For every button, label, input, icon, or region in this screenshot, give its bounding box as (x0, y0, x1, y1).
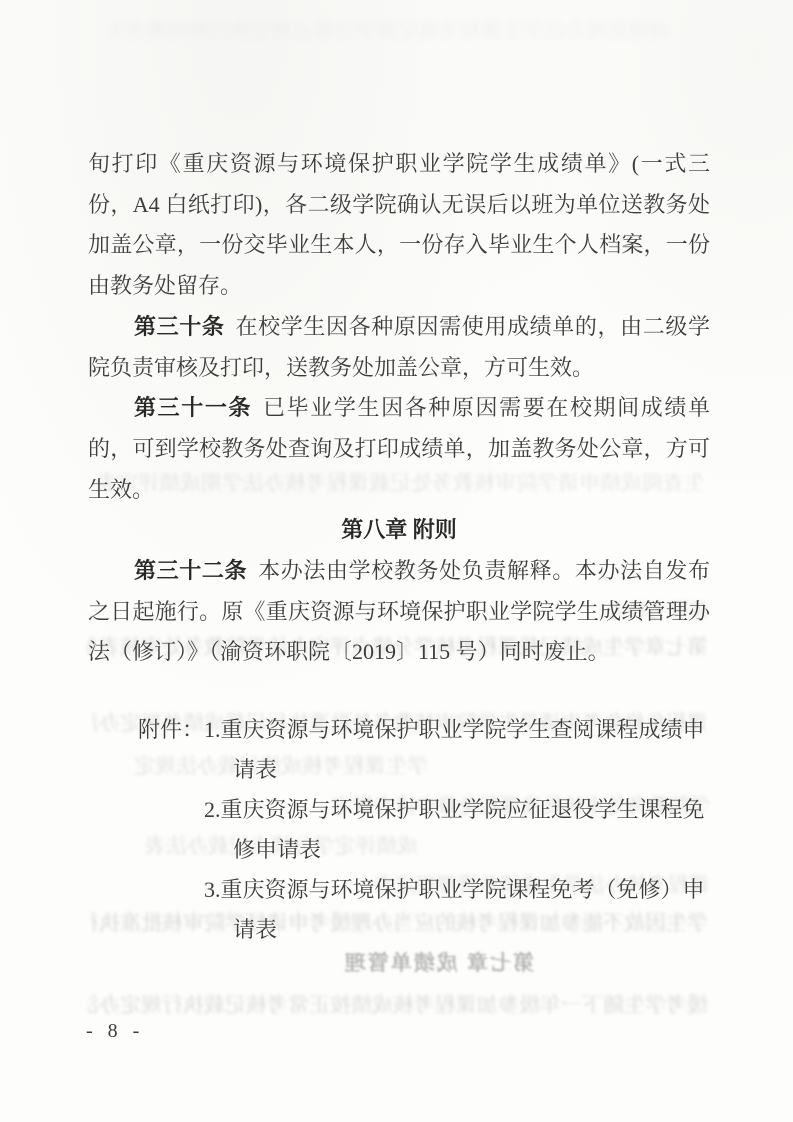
attachment-item-1: 1.重庆资源与环境保护职业学院学生查阅课程成绩申请表 (204, 710, 710, 790)
attachments-label: 附件： (138, 710, 204, 750)
scanned-document-page: 成绩管理办法学生课程考核记载学分绩点规定执行细则教务处通知单 生查阅成绩申请学院… (0, 0, 793, 1122)
continued-paragraph: 旬打印《重庆资源与环境保护职业学院学生成绩单》(一式三份，A4 白纸打印)，各二… (88, 144, 710, 307)
article-30-paragraph: 第三十条在校学生因各种原因需使用成绩单的，由二级学院负责审核及打印，送教务处加盖… (88, 307, 710, 388)
article-30-label: 第三十条 (134, 314, 225, 339)
attachments-list: 1.重庆资源与环境保护职业学院学生查阅课程成绩申请表 2.重庆资源与环境保护职业… (204, 710, 710, 950)
attachment-item-2: 2.重庆资源与环境保护职业学院应征退役学生课程免修申请表 (204, 790, 710, 870)
attachments-block: 附件： 1.重庆资源与环境保护职业学院学生查阅课程成绩申请表 2.重庆资源与环境… (138, 710, 710, 950)
article-31-paragraph: 第三十一条已毕业学生因各种原因需要在校期间成绩单的，可到学校教务处查询及打印成绩… (88, 388, 710, 510)
attachment-item-3: 3.重庆资源与环境保护职业学院课程免考（免修）申请表 (204, 870, 710, 950)
bleedthrough-ghost-line: 缓考学生随下一年级参加课程考核成绩按正常考核记载执行规定办法 (88, 992, 708, 1020)
document-body: 旬打印《重庆资源与环境保护职业学院学生成绩单》(一式三份，A4 白纸打印)，各二… (88, 144, 710, 950)
bleedthrough-ghost-line: 成绩管理办法学生课程考核记载学分绩点规定执行细则教务处通知单 (110, 18, 670, 46)
page-number: - 8 - (86, 1020, 144, 1043)
chapter-8-heading: 第八章 附则 (88, 510, 710, 551)
bleedthrough-ghost-heading: 第七章 成绩单管理 (272, 950, 534, 978)
article-32-paragraph: 第三十二条本办法由学校教务处负责解释。本办法自发布之日起施行。原《重庆资源与环境… (88, 551, 710, 673)
article-31-label: 第三十一条 (134, 395, 252, 420)
article-32-label: 第三十二条 (134, 558, 247, 583)
